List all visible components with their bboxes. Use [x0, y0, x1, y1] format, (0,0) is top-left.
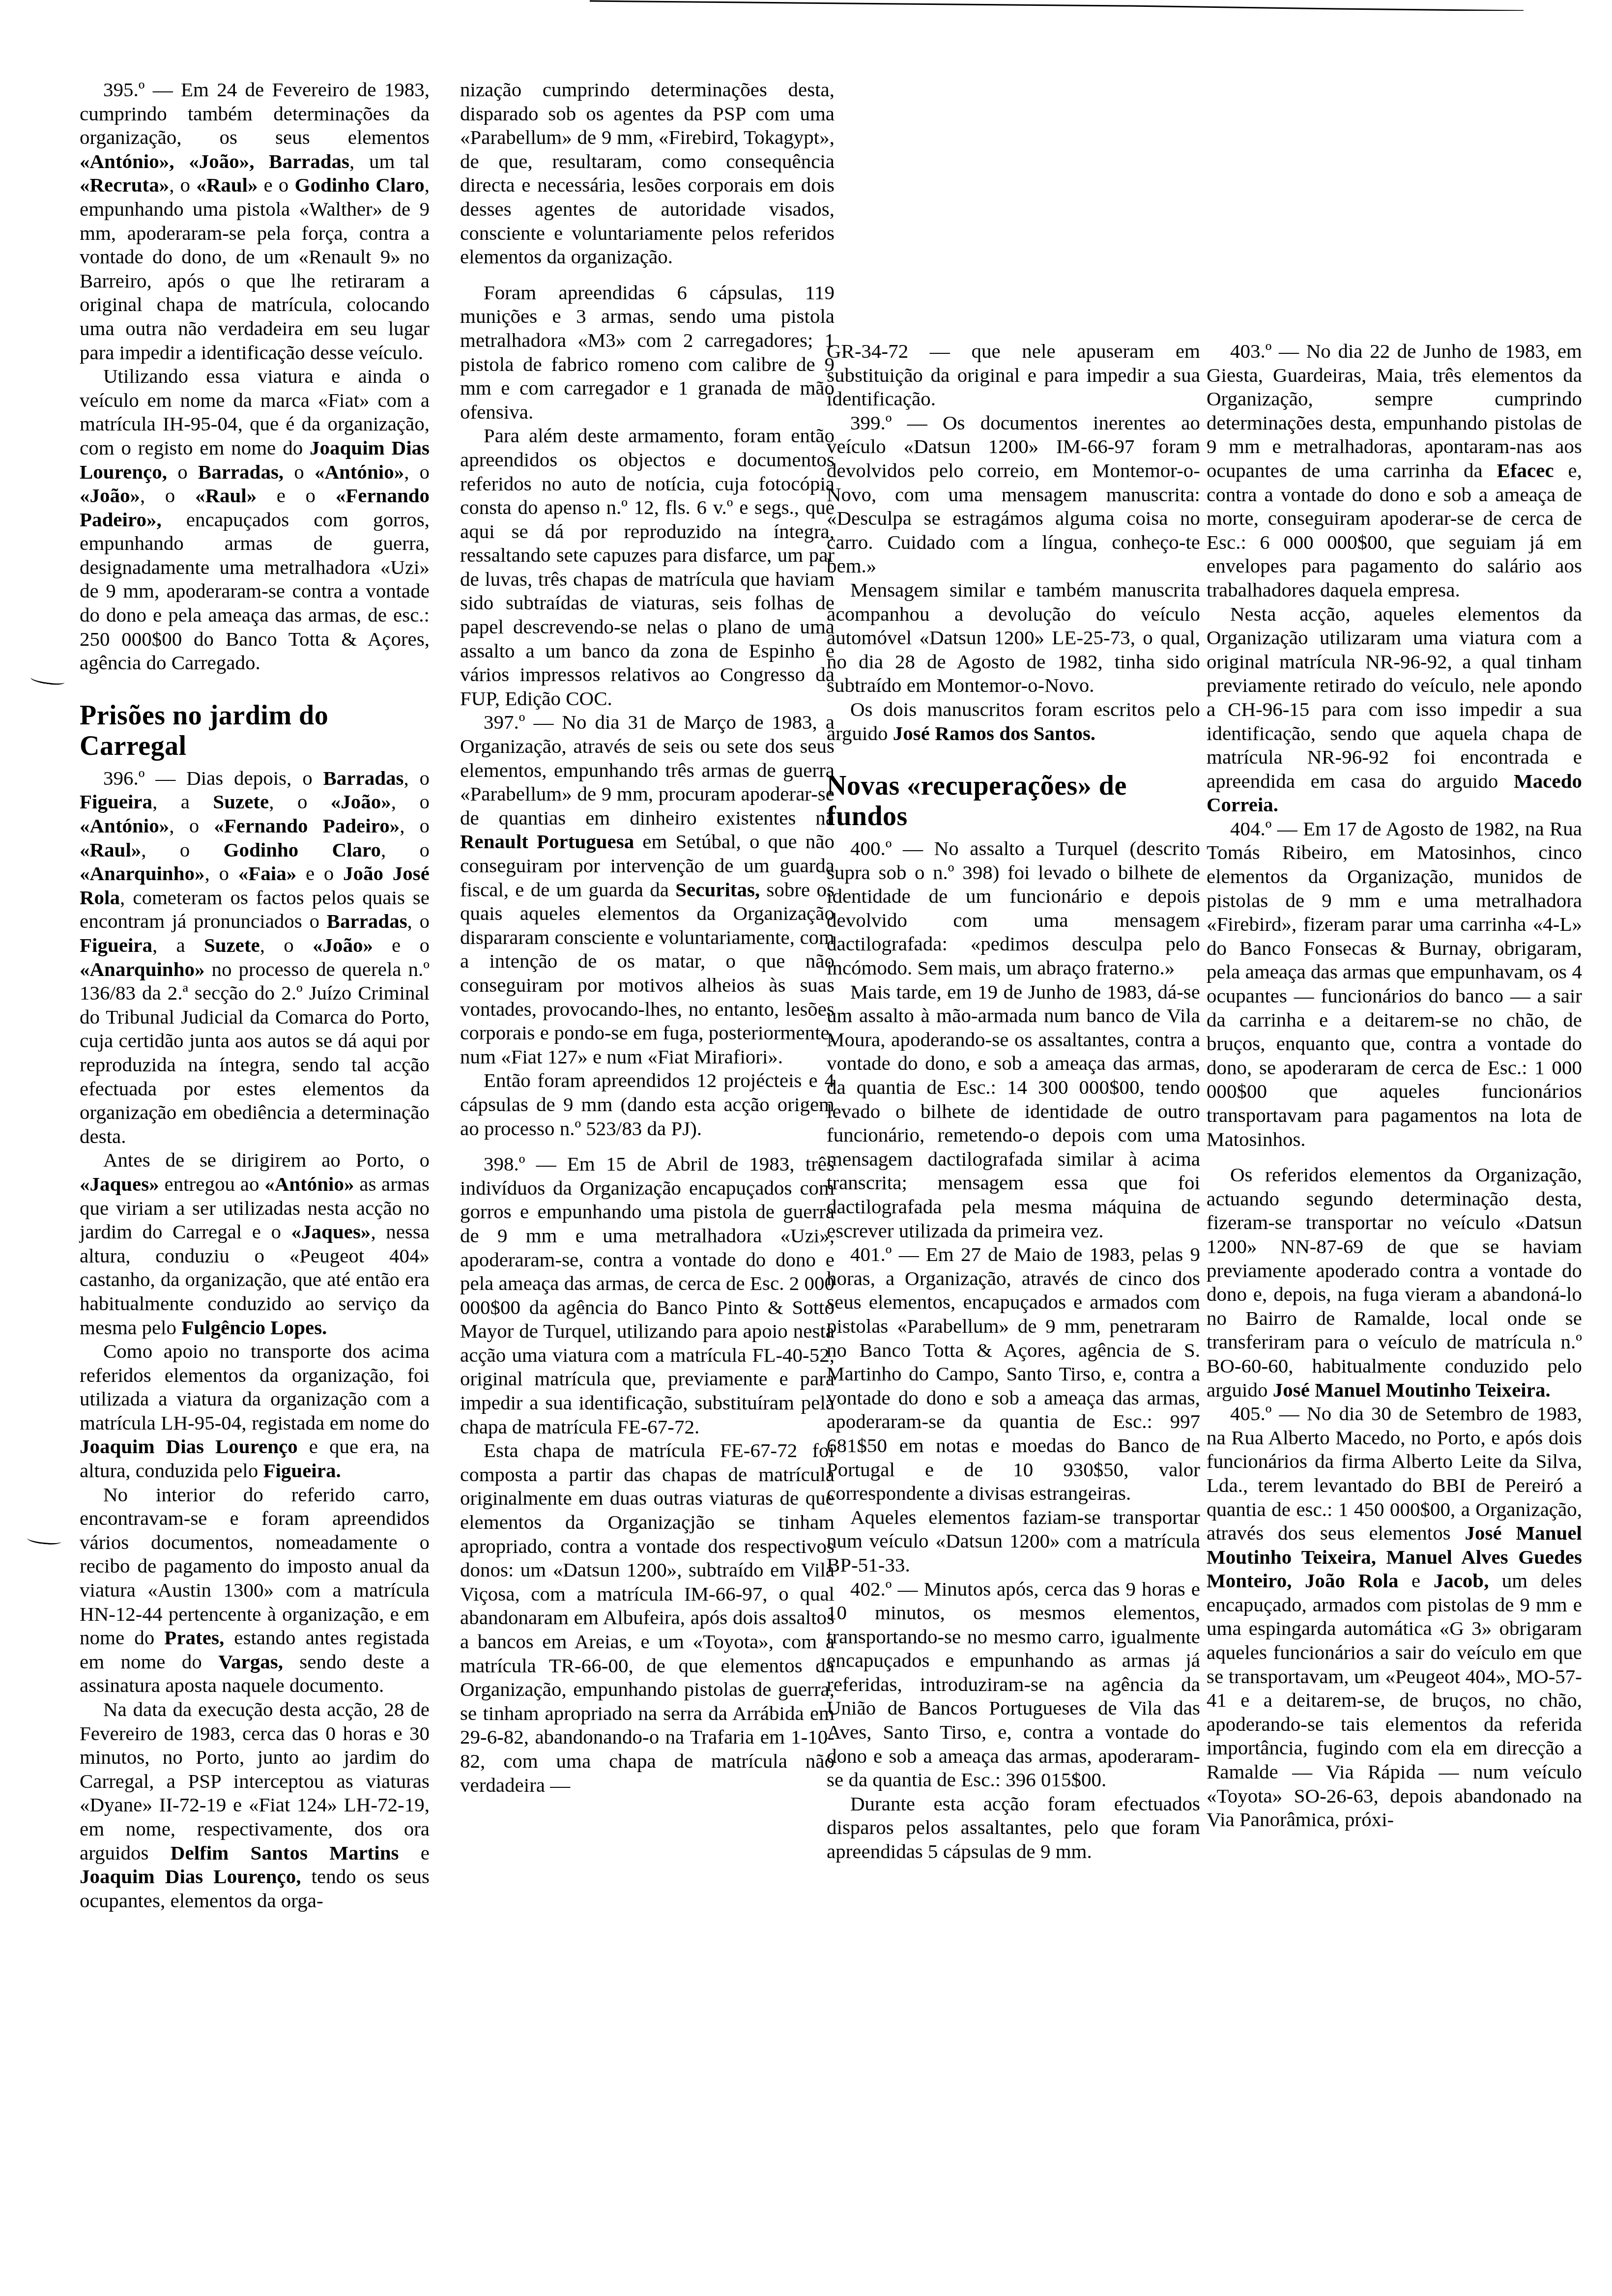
text-column-1: 395.º — Em 24 de Fevereiro de 1983, cump…	[80, 78, 430, 1912]
text-run: , o	[400, 814, 430, 837]
text-run: , o	[140, 484, 195, 507]
text-run: 396.º — Dias depois, o	[103, 767, 323, 789]
text-run: Aqueles elementos faziam-se transportar …	[827, 1506, 1200, 1576]
bold-name-run: «Raul»	[196, 173, 258, 196]
paragraph: No interior do referido carro, encontrav…	[80, 1483, 430, 1697]
text-run: Mais tarde, em 19 de Junho de 1983, dá-s…	[827, 980, 1200, 1242]
text-run: , o	[404, 460, 430, 483]
text-run: Esta chapa de matrícula FE-67-72 foi com…	[460, 1439, 835, 1796]
text-run: Durante esta acção foram efectuados disp…	[827, 1792, 1200, 1863]
text-run: e	[1398, 1569, 1433, 1592]
bold-name-run: «João»	[80, 484, 140, 507]
bold-name-run: Jacob,	[1434, 1569, 1489, 1592]
bold-name-run: José Ramos dos Santos.	[893, 722, 1095, 745]
bold-name-run: Figueira	[80, 934, 152, 956]
paragraph: Os referidos elementos da Organização, a…	[1207, 1163, 1582, 1402]
bold-name-run: Joaquim Dias Lourenço	[80, 1435, 298, 1458]
bold-name-run: Efacec	[1497, 459, 1554, 482]
text-run: 399.º — Os documentos inerentes ao veícu…	[827, 411, 1200, 577]
bold-name-run: «Recruta»	[80, 173, 169, 196]
bold-name-run: Figueira	[80, 790, 152, 813]
paragraph: 398.º — Em 15 de Abril de 1983, três ind…	[460, 1152, 835, 1438]
text-run: e o	[257, 484, 335, 507]
paragraph: 402.º — Minutos após, cerca das 9 horas …	[827, 1577, 1200, 1792]
paragraph: GR-34-72 — que nele apuseram em substitu…	[827, 339, 1200, 411]
bold-name-run: «António»	[80, 814, 169, 837]
paragraph: 401.º — Em 27 de Maio de 1983, pelas 9 h…	[827, 1242, 1200, 1505]
bold-name-run: «Anarquinho»	[80, 958, 204, 980]
text-run: e o	[373, 934, 430, 956]
text-run: , o	[169, 173, 196, 196]
bold-name-run: Barradas,	[198, 460, 284, 483]
bold-name-run: «António»	[264, 1173, 354, 1195]
margin-pencil-mark	[30, 673, 65, 687]
bold-name-run: Securitas,	[675, 878, 760, 901]
text-run: Nesta acção, aqueles elementos da Organi…	[1207, 603, 1582, 792]
paragraph: 405.º — No dia 30 de Setembro de 1983, n…	[1207, 1402, 1582, 1832]
bold-name-run: Barradas	[327, 910, 407, 932]
text-run: 400.º — No assalto a Turquel (descrito s…	[827, 837, 1200, 979]
paragraph: 400.º — No assalto a Turquel (descrito s…	[827, 836, 1200, 980]
text-run: e	[399, 1841, 430, 1864]
text-run: e o	[296, 862, 343, 885]
text-column-3: GR-34-72 — que nele apuseram em substitu…	[827, 339, 1200, 1864]
paragraph: Durante esta acção foram efectuados disp…	[827, 1792, 1200, 1864]
text-run: , o	[204, 862, 238, 885]
text-run: No interior do referido carro, encontrav…	[80, 1483, 430, 1649]
paragraph: Esta chapa de matrícula FE-67-72 foi com…	[460, 1438, 835, 1797]
text-run: Antes de se dirigirem ao Porto, o	[103, 1148, 430, 1171]
paragraph: 404.º — Em 17 de Agosto de 1982, na Rua …	[1207, 817, 1582, 1151]
bold-name-run: Vargas,	[218, 1650, 283, 1673]
bold-name-run: «Jaques»	[80, 1173, 159, 1195]
text-run: , o	[269, 790, 331, 813]
paragraph: Na data da execução desta acção, 28 de F…	[80, 1697, 430, 1912]
text-run: o	[167, 460, 198, 483]
text-run: Para além deste armamento, foram então a…	[460, 424, 835, 710]
text-run: entregou ao	[159, 1173, 264, 1195]
text-run: Então foram apreendidos 12 projécteis e …	[460, 1069, 835, 1139]
paragraph: Então foram apreendidos 12 projécteis e …	[460, 1068, 835, 1140]
bold-name-run: Suzete	[213, 790, 269, 813]
paragraph: Mais tarde, em 19 de Junho de 1983, dá-s…	[827, 980, 1200, 1243]
text-run: , empunhando uma pistola «Walther» de 9 …	[80, 173, 430, 363]
text-run: sobre os quais aqueles elementos da Orga…	[460, 878, 835, 1068]
bold-name-run: «Jaques»	[291, 1220, 371, 1243]
section-heading: Prisões no jardim do Carregal	[80, 700, 430, 761]
bold-name-run: Godinho Claro	[224, 838, 381, 861]
margin-pencil-mark	[27, 1534, 61, 1546]
text-run: , o	[381, 838, 430, 861]
paragraph: 397.º — No dia 31 de Março de 1983, a Or…	[460, 710, 835, 1068]
text-run: e o	[258, 173, 294, 196]
text-run: , o	[260, 934, 313, 956]
text-column-2: nização cumprindo determinações desta, d…	[460, 78, 835, 1797]
bold-name-run: «João»	[313, 934, 373, 956]
text-run: Os referidos elementos da Organização, a…	[1207, 1163, 1582, 1401]
paragraph: Os dois manuscritos foram escritos pelo …	[827, 697, 1200, 745]
text-run: no processo de querela n.º 136/83 da 2.ª…	[80, 958, 430, 1148]
text-run: , o	[403, 767, 430, 789]
bold-name-run: «João»	[331, 790, 391, 813]
bold-name-run: Joaquim Dias Lourenço,	[80, 1865, 301, 1888]
bold-name-run: «António»	[315, 460, 404, 483]
text-run: 395.º — Em 24 de Fevereiro de 1983, cump…	[80, 78, 430, 148]
text-run: , a	[152, 934, 204, 956]
bold-name-run: José Manuel Moutinho Teixeira.	[1273, 1378, 1551, 1401]
text-run: o	[284, 460, 315, 483]
text-run: encapuçados com gorros, empunhando armas…	[80, 508, 430, 674]
text-column-4: 403.º — No dia 22 de Junho de 1983, em G…	[1207, 339, 1582, 1832]
bold-name-run: Delfim Santos Martins	[171, 1841, 399, 1864]
text-run: nização cumprindo determinações desta, d…	[460, 78, 835, 268]
text-run: , o	[407, 910, 430, 932]
text-run: GR-34-72 — que nele apuseram em substitu…	[827, 340, 1200, 410]
bold-name-run: «Anarquinho»	[80, 862, 204, 885]
bold-name-run: «António», «João», Barradas	[80, 150, 349, 172]
paragraph: 399.º — Os documentos inerentes ao veícu…	[827, 411, 1200, 578]
paragraph: 395.º — Em 24 de Fevereiro de 1983, cump…	[80, 78, 430, 364]
paragraph: Mensagem similar e também manuscrita aco…	[827, 578, 1200, 697]
paragraph: 396.º — Dias depois, o Barradas, o Figue…	[80, 766, 430, 1148]
text-run: , o	[391, 790, 430, 813]
bold-name-run: «Faia»	[238, 862, 296, 885]
bold-name-run: «Fernando Padeiro»	[214, 814, 400, 837]
text-run: 402.º — Minutos após, cerca das 9 horas …	[827, 1578, 1200, 1791]
text-run: , o	[141, 838, 223, 861]
scan-edge-artifact	[590, 0, 1524, 11]
paragraph: Nesta acção, aqueles elementos da Organi…	[1207, 602, 1582, 817]
bold-name-run: Godinho Claro	[294, 173, 424, 196]
text-run: Mensagem similar e também manuscrita aco…	[827, 578, 1200, 696]
paragraph: Para além deste armamento, foram então a…	[460, 424, 835, 710]
paragraph: Aqueles elementos faziam-se transportar …	[827, 1505, 1200, 1577]
bold-name-run: Renault Portuguesa	[460, 830, 634, 853]
text-run: 398.º — Em 15 de Abril de 1983, três ind…	[460, 1152, 835, 1438]
text-run: um deles encapuçado, armados com pistola…	[1207, 1569, 1582, 1831]
bold-name-run: Prates,	[164, 1626, 224, 1649]
text-run: Foram apreendidas 6 cápsulas, 119 muniçõ…	[460, 281, 835, 423]
section-heading: Novas «recuperações» de fundos	[827, 771, 1200, 832]
bold-name-run: «Raul»	[80, 838, 141, 861]
text-run: , um tal	[349, 150, 430, 172]
paragraph: Antes de se dirigirem ao Porto, o «Jaque…	[80, 1148, 430, 1339]
text-run: 404.º — Em 17 de Agosto de 1982, na Rua …	[1207, 817, 1582, 1150]
text-run: 397.º — No dia 31 de Março de 1983, a Or…	[460, 711, 835, 829]
bold-name-run: Suzete	[204, 934, 260, 956]
paragraph: nização cumprindo determinações desta, d…	[460, 78, 835, 269]
bold-name-run: «Raul»	[195, 484, 257, 507]
paragraph: Como apoio no transporte dos acima refer…	[80, 1339, 430, 1483]
bold-name-run: Barradas	[323, 767, 403, 789]
paragraph: Foram apreendidas 6 cápsulas, 119 muniçõ…	[460, 281, 835, 424]
text-run: 401.º — Em 27 de Maio de 1983, pelas 9 h…	[827, 1243, 1200, 1504]
text-run: Na data da execução desta acção, 28 de F…	[80, 1698, 430, 1864]
paragraph: 403.º — No dia 22 de Junho de 1983, em G…	[1207, 339, 1582, 602]
text-run: Como apoio no transporte dos acima refer…	[80, 1340, 430, 1434]
text-run: , o	[169, 814, 214, 837]
bold-name-run: Figueira.	[263, 1459, 341, 1482]
paragraph: Utilizando essa viatura e ainda o veícul…	[80, 364, 430, 675]
bold-name-run: Fulgêncio Lopes.	[181, 1316, 327, 1339]
text-run: , a	[152, 790, 213, 813]
